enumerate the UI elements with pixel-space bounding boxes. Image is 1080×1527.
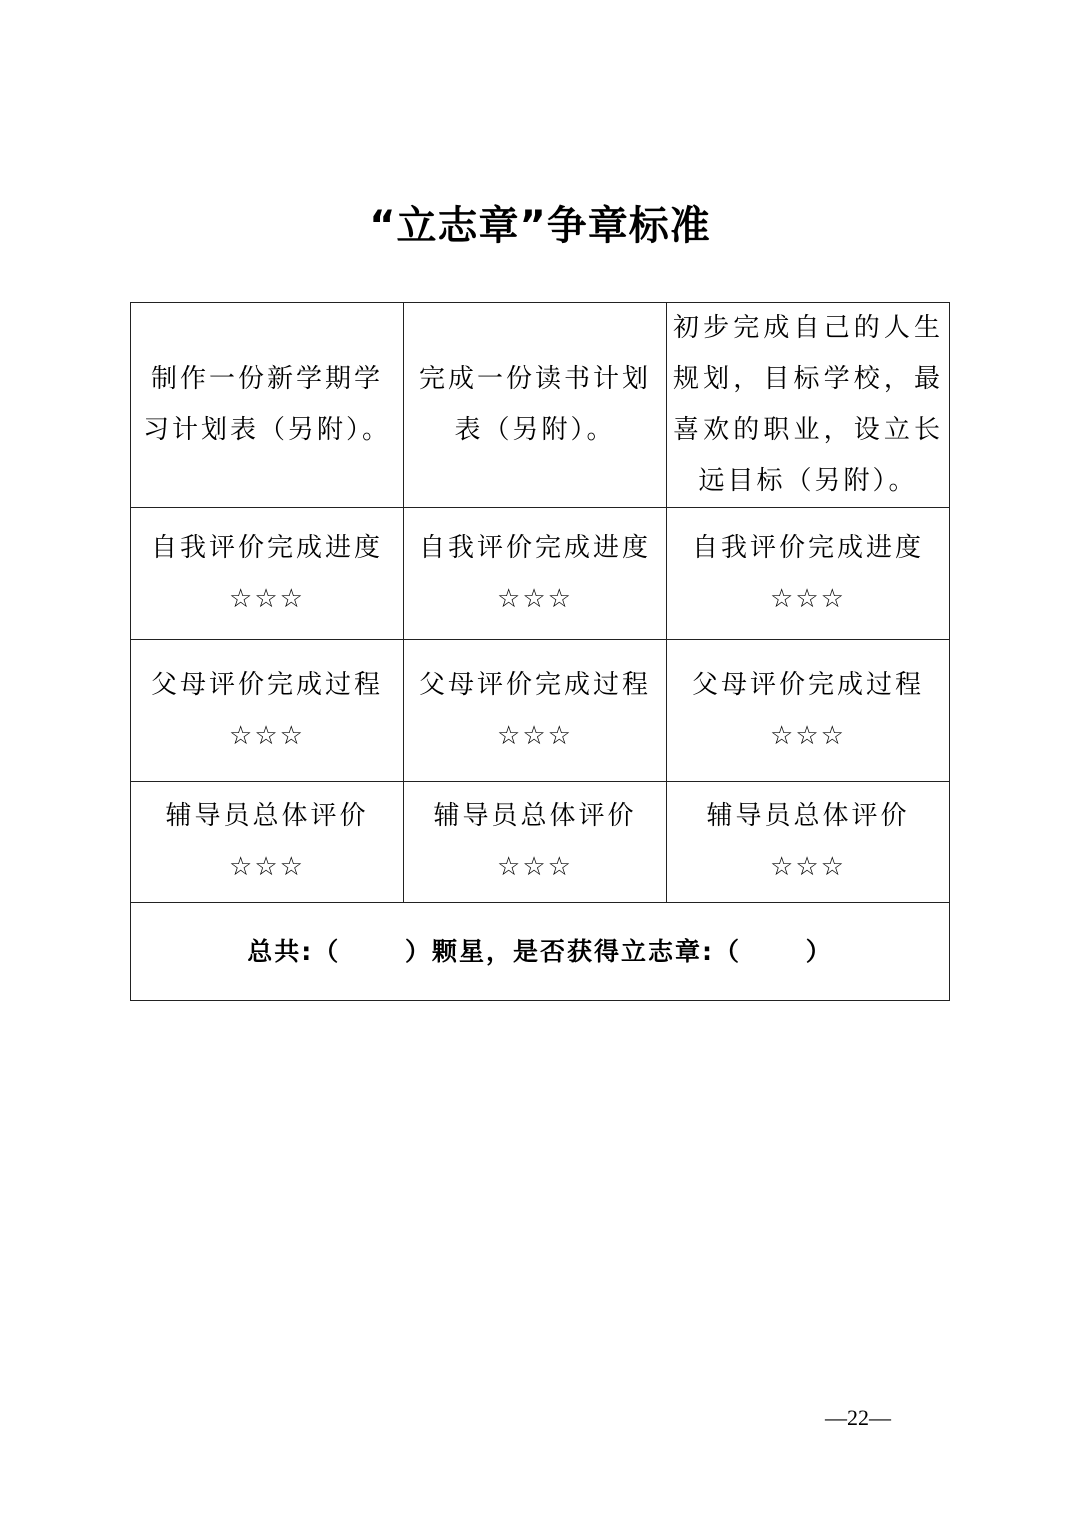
task-cell-3: 初步完成自己的人生规划，目标学校，最喜欢的职业，设立长远目标（另附）。 bbox=[667, 303, 950, 508]
page-number: —22— bbox=[825, 1405, 891, 1431]
task-cell-2: 完成一份读书计划表（另附）。 bbox=[404, 303, 667, 508]
task-row: 制作一份新学期学习计划表（另附）。 完成一份读书计划表（另附）。 初步完成自己的… bbox=[131, 303, 950, 508]
evaluation-cell: 自我评价完成进度☆☆☆ bbox=[404, 508, 667, 640]
summary-row: 总共:（ ）颗星，是否获得立志章:（ ） bbox=[131, 903, 950, 1001]
star-rating[interactable]: ☆☆☆ bbox=[673, 842, 943, 893]
star-rating[interactable]: ☆☆☆ bbox=[137, 574, 397, 625]
star-rating[interactable]: ☆☆☆ bbox=[137, 842, 397, 893]
star-rating[interactable]: ☆☆☆ bbox=[410, 574, 660, 625]
star-rating[interactable]: ☆☆☆ bbox=[410, 842, 660, 893]
counselor-evaluation-row: 辅导员总体评价☆☆☆ 辅导员总体评价☆☆☆ 辅导员总体评价☆☆☆ bbox=[131, 782, 950, 903]
star-rating[interactable]: ☆☆☆ bbox=[673, 574, 943, 625]
badge-standard-table: 制作一份新学期学习计划表（另附）。 完成一份读书计划表（另附）。 初步完成自己的… bbox=[130, 302, 950, 1001]
summary-cell: 总共:（ ）颗星，是否获得立志章:（ ） bbox=[131, 903, 950, 1001]
star-rating[interactable]: ☆☆☆ bbox=[137, 711, 397, 762]
task-cell-1: 制作一份新学期学习计划表（另附）。 bbox=[131, 303, 404, 508]
evaluation-cell: 辅导员总体评价☆☆☆ bbox=[667, 782, 950, 903]
star-rating[interactable]: ☆☆☆ bbox=[673, 711, 943, 762]
star-rating[interactable]: ☆☆☆ bbox=[410, 711, 660, 762]
evaluation-cell: 自我评价完成进度☆☆☆ bbox=[131, 508, 404, 640]
summary-text[interactable]: 总共:（ ）颗星，是否获得立志章:（ ） bbox=[247, 937, 832, 966]
parent-evaluation-row: 父母评价完成过程☆☆☆ 父母评价完成过程☆☆☆ 父母评价完成过程☆☆☆ bbox=[131, 640, 950, 782]
evaluation-cell: 父母评价完成过程☆☆☆ bbox=[131, 640, 404, 782]
evaluation-cell: 父母评价完成过程☆☆☆ bbox=[667, 640, 950, 782]
evaluation-cell: 自我评价完成进度☆☆☆ bbox=[667, 508, 950, 640]
evaluation-cell: 父母评价完成过程☆☆☆ bbox=[404, 640, 667, 782]
page-title: “立志章”争章标准 bbox=[0, 196, 1080, 256]
self-evaluation-row: 自我评价完成进度☆☆☆ 自我评价完成进度☆☆☆ 自我评价完成进度☆☆☆ bbox=[131, 508, 950, 640]
evaluation-cell: 辅导员总体评价☆☆☆ bbox=[404, 782, 667, 903]
evaluation-cell: 辅导员总体评价☆☆☆ bbox=[131, 782, 404, 903]
